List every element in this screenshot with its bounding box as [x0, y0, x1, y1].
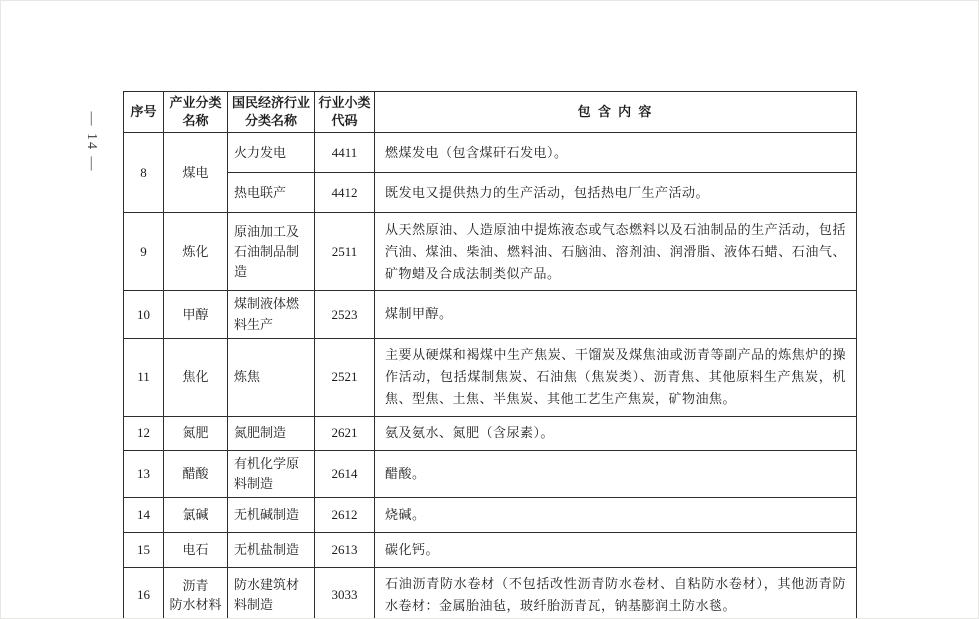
header-category: 国民经济行业 分类名称 — [228, 92, 315, 133]
row-no: 8 — [124, 133, 164, 213]
row-code: 2523 — [315, 291, 375, 338]
row-industry: 氯碱 — [164, 497, 228, 532]
row-content: 石油沥青防水卷材（不包括改性沥青防水卷材、自粘防水卷材），其他沥青防水卷材：金属… — [375, 567, 857, 619]
row-category: 炼焦 — [228, 338, 315, 416]
row-category: 热电联产 — [228, 173, 315, 213]
table-row: 11 焦化 炼焦 2521 主要从硬煤和褐煤中生产焦炭、干馏炭及煤焦油或沥青等副… — [124, 338, 857, 416]
table-row: 15 电石 无机盐制造 2613 碳化钙。 — [124, 532, 857, 567]
row-code: 4411 — [315, 133, 375, 173]
table-row: 14 氯碱 无机碱制造 2612 烧碱。 — [124, 497, 857, 532]
row-code: 2511 — [315, 213, 375, 291]
row-code: 2521 — [315, 338, 375, 416]
row-content: 既发电又提供热力的生产活动，包括热电厂生产活动。 — [375, 173, 857, 213]
row-industry: 氮肥 — [164, 416, 228, 450]
row-code: 3033 — [315, 567, 375, 619]
row-industry: 沥青 防水材料 — [164, 567, 228, 619]
row-no: 16 — [124, 567, 164, 619]
row-content: 碳化钙。 — [375, 532, 857, 567]
table-row: 12 氮肥 氮肥制造 2621 氨及氨水、氮肥（含尿素）。 — [124, 416, 857, 450]
row-content: 醋酸。 — [375, 450, 857, 497]
row-content: 烧碱。 — [375, 497, 857, 532]
table-row-sub: 热电联产 4412 既发电又提供热力的生产活动，包括热电厂生产活动。 — [124, 173, 857, 213]
row-no: 12 — [124, 416, 164, 450]
table-row: 13 醋酸 有机化学原料制造 2614 醋酸。 — [124, 450, 857, 497]
row-category: 防水建筑材料制造 — [228, 567, 315, 619]
document-page: — 14 — 序号 产业分类 名称 国民经济行业 分类名称 行业小类 代码 包 … — [0, 0, 979, 619]
row-code: 2612 — [315, 497, 375, 532]
row-industry: 电石 — [164, 532, 228, 567]
header-no: 序号 — [124, 92, 164, 133]
table-header: 序号 产业分类 名称 国民经济行业 分类名称 行业小类 代码 包 含 内 容 — [124, 92, 857, 133]
table-row: 10 甲醇 煤制液体燃料生产 2523 煤制甲醇。 — [124, 291, 857, 338]
row-industry: 焦化 — [164, 338, 228, 416]
row-category: 火力发电 — [228, 133, 315, 173]
header-code: 行业小类 代码 — [315, 92, 375, 133]
table-row: 9 炼化 原油加工及石油制品制造 2511 从天然原油、人造原油中提炼液态或气态… — [124, 213, 857, 291]
row-industry: 醋酸 — [164, 450, 228, 497]
header-content: 包 含 内 容 — [375, 92, 857, 133]
header-industry: 产业分类 名称 — [164, 92, 228, 133]
row-code: 4412 — [315, 173, 375, 213]
row-category: 煤制液体燃料生产 — [228, 291, 315, 338]
row-no: 10 — [124, 291, 164, 338]
row-no: 15 — [124, 532, 164, 567]
row-industry: 煤电 — [164, 133, 228, 213]
row-content: 燃煤发电（包含煤矸石发电）。 — [375, 133, 857, 173]
row-industry: 甲醇 — [164, 291, 228, 338]
row-content: 氨及氨水、氮肥（含尿素）。 — [375, 416, 857, 450]
row-category: 无机碱制造 — [228, 497, 315, 532]
row-no: 9 — [124, 213, 164, 291]
row-content: 煤制甲醇。 — [375, 291, 857, 338]
row-industry: 炼化 — [164, 213, 228, 291]
row-no: 11 — [124, 338, 164, 416]
industry-classification-table: 序号 产业分类 名称 国民经济行业 分类名称 行业小类 代码 包 含 内 容 8… — [123, 91, 857, 619]
row-no: 13 — [124, 450, 164, 497]
table-row: 16 沥青 防水材料 防水建筑材料制造 3033 石油沥青防水卷材（不包括改性沥… — [124, 567, 857, 619]
row-category: 有机化学原料制造 — [228, 450, 315, 497]
row-no: 14 — [124, 497, 164, 532]
row-category: 无机盐制造 — [228, 532, 315, 567]
table-row: 8 煤电 火力发电 4411 燃煤发电（包含煤矸石发电）。 — [124, 133, 857, 173]
row-content: 主要从硬煤和褐煤中生产焦炭、干馏炭及煤焦油或沥青等副产品的炼焦炉的操作活动，包括… — [375, 338, 857, 416]
page-number: — 14 — — [83, 90, 99, 194]
row-category: 原油加工及石油制品制造 — [228, 213, 315, 291]
table-header-row: 序号 产业分类 名称 国民经济行业 分类名称 行业小类 代码 包 含 内 容 — [124, 92, 857, 133]
row-code: 2613 — [315, 532, 375, 567]
row-category: 氮肥制造 — [228, 416, 315, 450]
row-code: 2621 — [315, 416, 375, 450]
row-content: 从天然原油、人造原油中提炼液态或气态燃料以及石油制品的生产活动，包括汽油、煤油、… — [375, 213, 857, 291]
row-code: 2614 — [315, 450, 375, 497]
